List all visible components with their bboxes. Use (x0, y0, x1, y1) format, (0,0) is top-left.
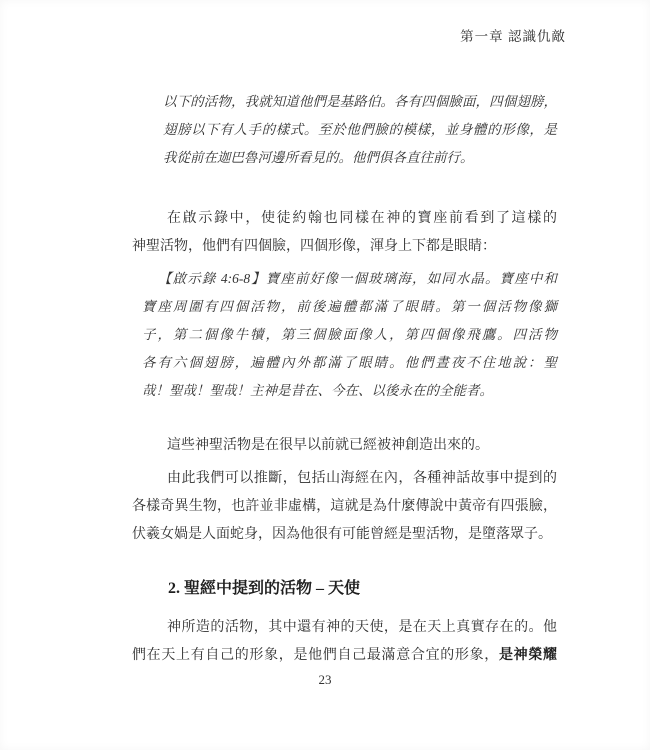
text-line: 們在天上有自己的形象，是他們自己最滿意合宜的形象，是神榮耀 (132, 642, 557, 670)
mythology-paragraph: 由此我們可以推斷，包括山海經在內，各種神話故事中提到的各樣奇異生物，也許並非虛構… (132, 465, 557, 549)
created-early-paragraph: 這些神聖活物是在很早以前就已經被神創造出來的。 (132, 432, 557, 460)
text-line: 哉！聖哉！聖哉！主神是昔在、今在、以後永在的全能者。 (142, 377, 557, 405)
page-number: 23 (0, 672, 650, 688)
text-line: 神所造的活物，其中還有神的天使，是在天上真實存在的。他 (132, 614, 557, 642)
revelation-intro-paragraph: 在啟示錄中，使徒約翰也同樣在神的寶座前看到了這樣的神聖活物，他們有四個臉，四個形… (132, 205, 557, 261)
text-line: 在啟示錄中，使徒約翰也同樣在神的寶座前看到了這樣的 (132, 205, 557, 233)
text-line: 以下的活物，我就知道他們是基路伯。各有四個臉面，四個翅膀， (163, 88, 557, 116)
book-page: 第一章 認識仇敵 以下的活物，我就知道他們是基路伯。各有四個臉面，四個翅膀，翅膀… (0, 0, 650, 750)
text-line: 各樣奇異生物，也許並非虛構，這就是為什麼傳說中黃帝有四張臉， (132, 493, 557, 521)
text-run: 們在天上有自己的形象，是他們自己最滿意合宜的形象， (132, 648, 499, 663)
text-line: 伏羲女媧是人面蛇身，因為他很有可能曾經是聖活物，是墮落眾子。 (132, 521, 557, 549)
text-line: 由此我們可以推斷，包括山海經在內，各種神話故事中提到的 (132, 465, 557, 493)
ezekiel-quote-continuation: 以下的活物，我就知道他們是基路伯。各有四個臉面，四個翅膀，翅膀以下有人手的樣式。… (163, 88, 557, 172)
text-line: 這些神聖活物是在很早以前就已經被神創造出來的。 (132, 432, 557, 460)
text-line: 我從前在迦巴魯河邊所看見的。他們俱各直往前行。 (163, 144, 557, 172)
text-line: 翅膀以下有人手的樣式。至於他們臉的模樣，並身體的形像，是 (163, 116, 557, 144)
revelation-scripture-quote: 【啟示錄 4:6-8】寶座前好像一個玻璃海，如同水晶。寶座中和寶座周圍有四個活物… (142, 265, 557, 405)
text-line: 各有六個翅膀，遍體內外都滿了眼睛。他們晝夜不住地說：聖 (142, 349, 557, 377)
text-line: 子，第二個像牛犢，第三個臉面像人，第四個像飛鷹。四活物 (142, 321, 557, 349)
section-heading: 2. 聖經中提到的活物 – 天使 (168, 575, 557, 603)
text-block: 以下的活物，我就知道他們是基路伯。各有四個臉面，四個翅膀，翅膀以下有人手的樣式。… (132, 88, 557, 670)
bold-text-run: 是神榮耀 (499, 648, 557, 663)
text-line: 神聖活物，他們有四個臉，四個形像，渾身上下都是眼睛： (132, 233, 557, 261)
angels-paragraph: 神所造的活物，其中還有神的天使，是在天上真實存在的。他 們在天上有自己的形象，是… (132, 614, 557, 670)
text-line: 寶座周圍有四個活物，前後遍體都滿了眼睛。第一個活物像獅 (142, 293, 557, 321)
running-header: 第一章 認識仇敵 (0, 25, 566, 45)
text-line: 【啟示錄 4:6-8】寶座前好像一個玻璃海，如同水晶。寶座中和 (142, 265, 557, 293)
